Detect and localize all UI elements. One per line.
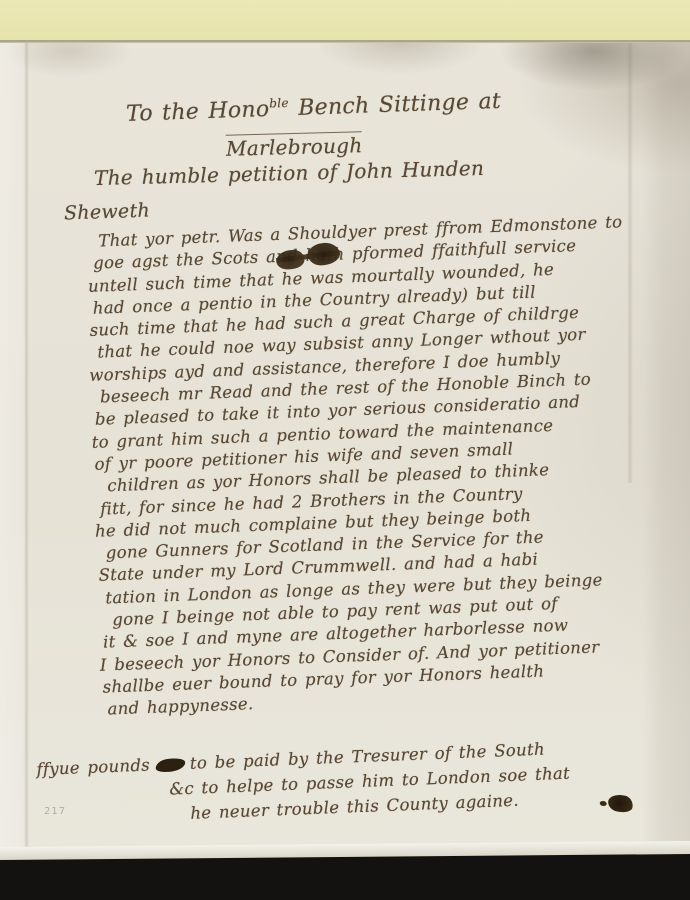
manuscript-page: To the Honoble Bench Sittinge at Marlebr… — [0, 42, 690, 848]
opening-word: Sheweth — [64, 200, 151, 225]
petition-body: That yor petr. Was a Shouldyer prest ffr… — [84, 211, 654, 721]
pencil-folio-number: 217 — [44, 806, 66, 817]
heading-text: To the Hono — [126, 97, 270, 127]
ink-blot — [607, 793, 635, 814]
heading-superscript: ble — [269, 96, 289, 111]
heading-place-line: Marlebrough — [226, 131, 363, 161]
manuscript-photo: To the Honoble Bench Sittinge at Marlebr… — [0, 0, 690, 900]
docket-text: ffyue pounds — [36, 755, 150, 779]
heading-line: To the Honoble Bench Sittinge at — [126, 88, 502, 126]
backing-sheet-strip — [0, 0, 690, 42]
fold-crease-left — [24, 43, 29, 848]
petition-title-line: The humble petition of John Hunden — [94, 156, 485, 190]
heading-text: Bench Sittinge at — [288, 89, 501, 121]
docket-annotation: ffyue poundsto be paid by the Tresurer o… — [36, 736, 571, 832]
ink-strikeout-blot — [154, 757, 186, 774]
